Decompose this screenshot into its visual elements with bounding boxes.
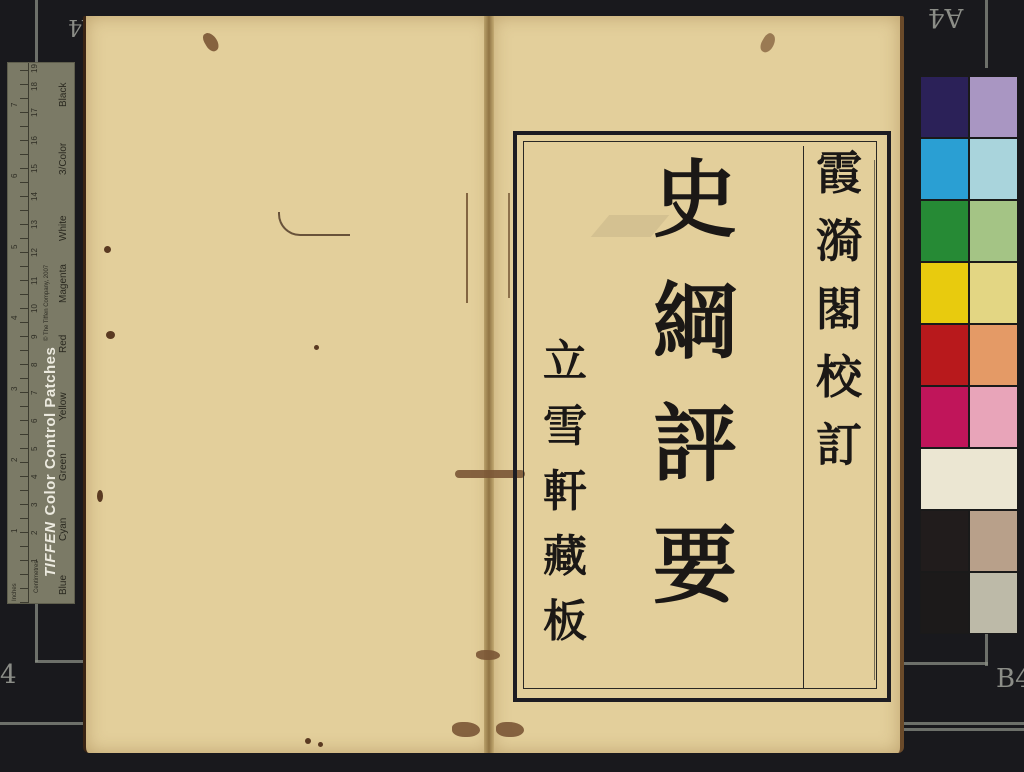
wormhole-spot bbox=[106, 331, 115, 339]
cm-mark: 18 bbox=[30, 82, 39, 91]
attribution-char: 訂 bbox=[816, 422, 862, 468]
column-divider bbox=[874, 160, 875, 680]
editor-attribution: 霞 漪 閣 校 訂 bbox=[808, 150, 870, 490]
tiffen-color-control-ruler: Inches Centimetres 1 2 3 4 5 6 7 1 2 3 4… bbox=[7, 62, 75, 604]
board-grid-line bbox=[985, 630, 988, 666]
cm-mark: 7 bbox=[30, 391, 39, 395]
imprint-char: 藏 bbox=[543, 535, 587, 579]
swatch-light-magenta bbox=[969, 386, 1018, 448]
ruler-unit-inches: Inches bbox=[12, 583, 18, 601]
title-char: 要 bbox=[653, 524, 737, 608]
color-label: White bbox=[58, 215, 69, 241]
cm-mark: 19 bbox=[30, 64, 39, 73]
cm-mark: 1 bbox=[30, 559, 39, 563]
inch-mark: 7 bbox=[10, 103, 19, 107]
swatch-light-yellow bbox=[969, 262, 1018, 324]
imprint-char: 板 bbox=[543, 600, 587, 644]
swatch-magenta bbox=[920, 386, 969, 448]
inch-mark: 1 bbox=[10, 529, 19, 533]
title-char: 綱 bbox=[653, 280, 737, 364]
title-char: 史 bbox=[653, 158, 737, 242]
swatch-blue bbox=[920, 76, 969, 138]
wormhole-spot bbox=[318, 742, 323, 747]
binding-stitch bbox=[466, 193, 468, 303]
inch-mark: 3 bbox=[10, 387, 19, 391]
board-label: 4 bbox=[0, 660, 17, 690]
cm-mark: 11 bbox=[30, 277, 39, 285]
book-title: 史 綱 評 要 bbox=[640, 158, 750, 646]
swatch-light-cyan bbox=[969, 138, 1018, 200]
inch-mark: 2 bbox=[10, 458, 19, 462]
attribution-char: 校 bbox=[816, 354, 862, 400]
swatch-black bbox=[920, 510, 969, 572]
binding-knot bbox=[476, 650, 500, 660]
cm-mark: 12 bbox=[30, 248, 39, 257]
tiffen-brand: TIFFENColor Control Patches bbox=[42, 347, 59, 577]
imprint-char: 立 bbox=[543, 340, 587, 384]
attribution-char: 霞 bbox=[816, 150, 862, 196]
column-divider bbox=[803, 146, 804, 688]
product-name: Color Control Patches bbox=[42, 347, 59, 516]
cm-mark: 17 bbox=[30, 108, 39, 117]
cm-mark: 16 bbox=[30, 136, 39, 145]
swatch-light-blue bbox=[969, 76, 1018, 138]
publisher-imprint: 立 雪 軒 藏 板 bbox=[534, 340, 596, 665]
color-label: Green bbox=[58, 453, 69, 481]
wormhole-spot bbox=[97, 490, 103, 502]
cm-mark: 14 bbox=[30, 192, 39, 201]
cm-mark: 4 bbox=[30, 475, 39, 479]
board-grid-line bbox=[903, 662, 988, 665]
left-page bbox=[83, 16, 491, 753]
board-label: B4 bbox=[996, 664, 1024, 694]
color-label: Blue bbox=[58, 575, 69, 595]
swatch-light-red bbox=[969, 324, 1018, 386]
imprint-char: 雪 bbox=[543, 405, 587, 449]
cm-mark: 13 bbox=[30, 220, 39, 229]
board-grid-line bbox=[903, 728, 1024, 731]
inch-mark: 6 bbox=[10, 174, 19, 178]
swatch-tan bbox=[969, 510, 1018, 572]
cm-mark: 8 bbox=[30, 363, 39, 367]
color-label: Magenta bbox=[58, 264, 69, 303]
inch-mark: 4 bbox=[10, 316, 19, 320]
binding-stitch bbox=[508, 193, 510, 298]
title-char: 評 bbox=[653, 402, 737, 486]
board-grid-line bbox=[35, 660, 85, 663]
inch-mark: 5 bbox=[10, 245, 19, 249]
attribution-char: 閣 bbox=[816, 286, 862, 332]
swatch-yellow bbox=[920, 262, 969, 324]
wormhole-spot bbox=[305, 738, 311, 744]
cm-mark: 3 bbox=[30, 503, 39, 507]
ruler-unit-cm: Centimetres bbox=[34, 561, 40, 593]
swatch-cyan bbox=[920, 138, 969, 200]
swatch-green bbox=[920, 200, 969, 262]
color-label: Cyan bbox=[58, 518, 69, 541]
color-control-patches bbox=[920, 76, 1018, 634]
color-label: 3/Color bbox=[58, 143, 69, 175]
swatch-light-green bbox=[969, 200, 1018, 262]
board-grid-line bbox=[985, 0, 988, 68]
copyright-text: © The Tiffen Company, 2007 bbox=[44, 265, 50, 341]
cm-mark: 6 bbox=[30, 419, 39, 423]
color-label: Black bbox=[58, 83, 69, 107]
binding-knot bbox=[452, 722, 480, 737]
cm-mark: 9 bbox=[30, 335, 39, 339]
ruler-tick-row bbox=[8, 63, 29, 603]
wormhole-spot bbox=[104, 246, 111, 253]
imprint-char: 軒 bbox=[543, 470, 587, 514]
color-label: Red bbox=[58, 335, 69, 353]
swatch-red bbox=[920, 324, 969, 386]
attribution-char: 漪 bbox=[816, 218, 862, 264]
cm-mark: 5 bbox=[30, 447, 39, 451]
crease-mark bbox=[278, 212, 350, 236]
cm-mark: 10 bbox=[30, 304, 39, 313]
brand-logo: TIFFEN bbox=[42, 522, 59, 578]
swatch-white bbox=[920, 448, 1018, 510]
color-label: Yellow bbox=[58, 392, 69, 421]
board-label: A4 bbox=[928, 2, 963, 32]
cm-mark: 2 bbox=[30, 531, 39, 535]
cm-mark: 15 bbox=[30, 164, 39, 173]
wormhole-spot bbox=[314, 345, 319, 350]
swatch-gray bbox=[969, 572, 1018, 634]
binding-knot bbox=[496, 722, 524, 737]
book-spine bbox=[484, 16, 494, 753]
swatch-black-2 bbox=[920, 572, 969, 634]
